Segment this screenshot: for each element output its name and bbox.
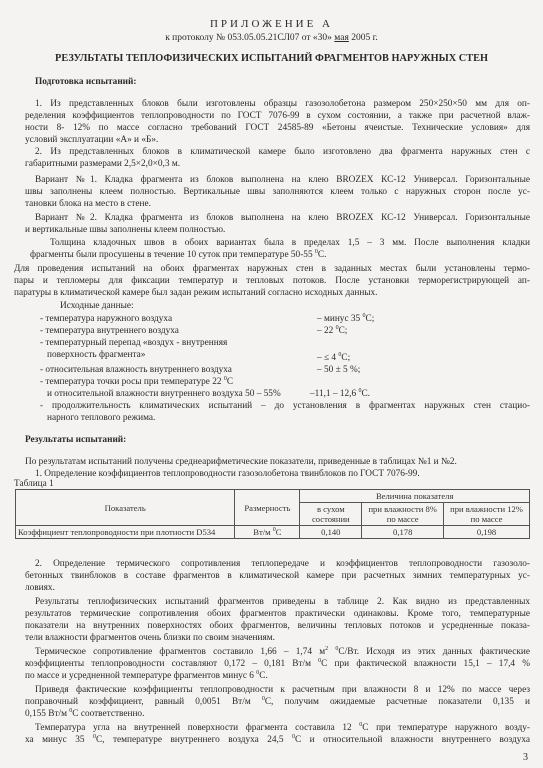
initial-data-label: - относительная влажность внутреннего во… xyxy=(40,365,232,376)
thermal-conductivity-table: Показатель Размерность Величина показате… xyxy=(15,489,530,539)
paragraph-line: Вариант №2. Кладка фрагмента из блоков в… xyxy=(35,213,530,224)
paragraph-line: нарного теплового режима. xyxy=(47,413,155,424)
initial-data-value: – 22 0С; xyxy=(317,326,347,337)
results-item-1: 1. Определение коэффициентов теплопровод… xyxy=(35,469,420,480)
table-row: Коэффициент теплопроводности при плотнос… xyxy=(16,526,530,539)
initial-data-value: –11,1 – 12,6 0С. xyxy=(310,389,370,400)
paragraph-line: Результаты теплофизических испытаний фра… xyxy=(35,597,530,608)
paragraph-line: Вариант №1. Кладка фрагмента из блоков в… xyxy=(35,175,530,186)
paragraph-line: фрагменты были просушены в течение 10 су… xyxy=(30,250,326,261)
paragraph-line: условий эксплуатации «А» и «Б». xyxy=(25,135,530,146)
paragraph-line: Для проведения испытаний на обоих фрагме… xyxy=(14,264,530,275)
paragraph-line: Термическое сопротивление фрагментов сос… xyxy=(35,647,530,658)
paragraph-line: ределения коэффициентов теплопроводности… xyxy=(25,111,530,122)
initial-data-label: - температура точки росы при температуре… xyxy=(40,377,233,388)
protocol-reference: к протоколу № 053.05.05.21СЛ07 от «30» м… xyxy=(0,33,543,44)
paragraph-line: ха минус 35 0С, температуре внутреннего … xyxy=(25,735,530,746)
paragraph-line: швы заполнены клеем полностью. Вертикаль… xyxy=(25,187,530,198)
document-page: ПРИЛОЖЕНИЕ А к протоколу № 053.05.05.21С… xyxy=(0,0,543,768)
protocol-prefix: к протоколу № 053.05.05.21СЛ07 от «30» xyxy=(165,33,334,43)
paragraph-line: Температура угла на внутренней поверхнос… xyxy=(35,723,530,734)
results-intro: По результатам испытаний получены средне… xyxy=(25,457,457,468)
cell-humidity-8: 0,178 xyxy=(362,526,444,539)
initial-data-value: – ≤ 4 0С; xyxy=(317,353,350,364)
protocol-suffix: 2005 г. xyxy=(349,33,378,43)
paragraph-line: показатели на внутренних поверхностях об… xyxy=(25,621,530,632)
initial-data-heading: Исходные данные: xyxy=(60,301,134,312)
initial-data-label: - температура внутреннего воздуха xyxy=(40,326,179,337)
paragraph-line: пары и тепломеры для фиксации температур… xyxy=(14,276,530,287)
paragraph-line: 2. Из представленных блоков в климатичес… xyxy=(35,147,530,158)
header-dry: в сухом состоянии xyxy=(300,503,362,526)
protocol-month: мая xyxy=(334,33,349,43)
paragraph-line: 2. Определение термического сопротивлени… xyxy=(35,559,530,570)
initial-data-label: и относительной влажности внутреннего во… xyxy=(47,389,281,400)
page-number: 3 xyxy=(523,752,528,763)
paragraph-line: паратуры в климатической камере был зада… xyxy=(14,288,378,299)
paragraph-line: коэффициенты теплопроводности составляют… xyxy=(25,659,530,670)
paragraph-line: габаритными размерами 2,5×2,0×0,3 м. xyxy=(25,159,530,170)
header-value-group: Величина показателя xyxy=(300,490,530,503)
paragraph-line: 0,155 Вт/м 0С соответственно. xyxy=(25,709,530,720)
cell-indicator: Коэффициент теплопроводности при плотнос… xyxy=(16,526,235,539)
initial-data-label: - температура наружного воздуха xyxy=(40,314,172,325)
paragraph-line: тановки блока на место в стене. xyxy=(25,199,530,210)
paragraph-line: ловиях. xyxy=(25,583,530,594)
initial-data-label: поверхность фрагмента» xyxy=(47,350,145,361)
header-unit: Размерность xyxy=(235,490,300,526)
paragraph-line: поправочный коэффициент, равный 0,0051 В… xyxy=(25,697,530,708)
cell-dry: 0,140 xyxy=(300,526,362,539)
paragraph-line: - продолжительность климатических испыта… xyxy=(40,401,530,412)
cell-humidity-12: 0,198 xyxy=(444,526,530,539)
appendix-heading: ПРИЛОЖЕНИЕ А xyxy=(0,19,543,30)
paragraph-line: Приведя фактические коэффициенты теплопр… xyxy=(35,685,530,696)
paragraph-line: тели влажности фрагментов очень близки п… xyxy=(25,633,530,644)
initial-data-value: – 50 ± 5 %; xyxy=(317,365,360,376)
paragraph-line: Толщина кладочных швов в обоих вариантах… xyxy=(50,238,530,249)
paragraph-line: результатов термические сопротивления об… xyxy=(25,609,530,620)
initial-data-label: - температурный перепад «воздух - внутре… xyxy=(40,338,227,349)
table-header-row: Показатель Размерность Величина показате… xyxy=(16,490,530,503)
header-indicator: Показатель xyxy=(16,490,235,526)
header-humidity-8: при влажности 8% по массе xyxy=(362,503,444,526)
cell-unit: Вт/м 0С xyxy=(235,526,300,539)
paragraph-line: 1. Из представленных блоков были изготов… xyxy=(35,99,530,110)
paragraph-line: бетонных твинблоков в составе фрагментов… xyxy=(25,571,530,582)
section-heading-results: Результаты испытаний: xyxy=(25,435,126,446)
paragraph-line: по массе и усредненной температуре фрагм… xyxy=(25,671,530,682)
document-title: РЕЗУЛЬТАТЫ ТЕПЛОФИЗИЧЕСКИХ ИСПЫТАНИЙ ФРА… xyxy=(12,53,531,64)
paragraph-line: и вертикальные швы заполнены клеем полно… xyxy=(25,225,530,236)
header-humidity-12: при влажности 12% по массе xyxy=(444,503,530,526)
initial-data-value: – минус 35 0С; xyxy=(317,314,374,325)
paragraph-line: ности 8- 12% по массе согласно требовани… xyxy=(25,123,530,134)
section-heading-preparation: Подготовка испытаний: xyxy=(35,77,137,88)
